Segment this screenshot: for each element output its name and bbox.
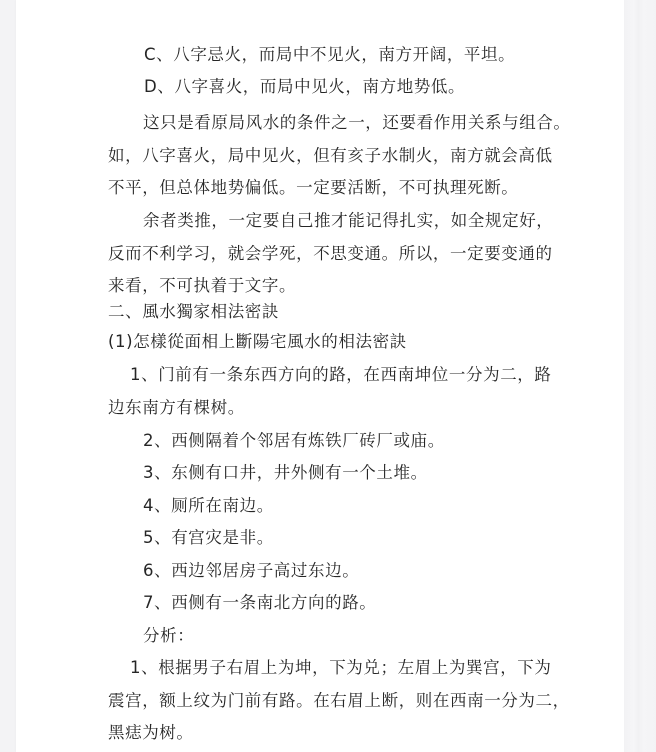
viewer-scrollbar-area[interactable] bbox=[624, 0, 656, 752]
text-line-item3: 3、东侧有口井，井外侧有一个土堆。 bbox=[143, 463, 428, 483]
text-line-para2-line2: 反而不利学习，就会学死，不思变通。所以，一定要变通的 bbox=[108, 244, 553, 264]
text-line-item1-line2: 边东南方有棵树。 bbox=[108, 398, 245, 418]
text-line-item1-line1: 1、门前有一条东西方向的路，在西南坤位一分为二，路 bbox=[130, 365, 552, 385]
text-line-item6: 6、西边邻居房子高过东边。 bbox=[143, 561, 359, 581]
text-line-item4: 4、厕所在南边。 bbox=[143, 496, 274, 516]
text-line-section-heading: 二、風水獨家相法密訣 bbox=[108, 302, 279, 322]
text-line-d-option: D、八字喜火，而局中见火，南方地势低。 bbox=[144, 77, 465, 97]
text-line-para1-line1: 这只是看原局风水的条件之一，还要看作用关系与组合。 bbox=[143, 113, 571, 133]
text-line-subsection-heading: (1)怎樣從面相上斷陽宅風水的相法密訣 bbox=[108, 332, 407, 352]
text-line-item7: 7、西侧有一条南北方向的路。 bbox=[143, 593, 376, 613]
text-line-item2: 2、西侧隔着个邻居有炼铁厂砖厂或庙。 bbox=[143, 431, 445, 451]
text-line-item5: 5、有宫灾是非。 bbox=[143, 528, 274, 548]
text-line-analysis1-line1: 1、根据男子右眉上为坤，下为兑；左眉上为巽宫，下为 bbox=[130, 658, 552, 678]
text-line-analysis-label: 分析： bbox=[143, 626, 194, 646]
document-viewer: C、八字忌火，而局中不见火，南方开阔，平坦。D、八字喜火，而局中见火，南方地势低… bbox=[0, 0, 656, 752]
text-line-analysis1-line2: 震宫，额上纹为门前有路。在右眉上断，则在西南一分为二， bbox=[108, 691, 570, 711]
text-line-c-option: C、八字忌火，而局中不见火，南方开阔，平坦。 bbox=[144, 45, 515, 65]
text-line-analysis1-line3: 黑痣为树。 bbox=[108, 723, 194, 743]
text-line-para2-line1: 余者类推，一定要自己推才能记得扎实，如全规定好， bbox=[143, 211, 553, 231]
document-page: C、八字忌火，而局中不见火，南方开阔，平坦。D、八字喜火，而局中见火，南方地势低… bbox=[16, 0, 624, 752]
text-line-para1-line3: 不平，但总体地势偏低。一定要活断，不可执理死断。 bbox=[108, 178, 518, 198]
text-line-para2-line3: 来看，不可执着于文字。 bbox=[108, 276, 296, 296]
text-line-para1-line2: 如，八字喜火，局中见火，但有亥子水制火，南方就会高低 bbox=[108, 146, 553, 166]
